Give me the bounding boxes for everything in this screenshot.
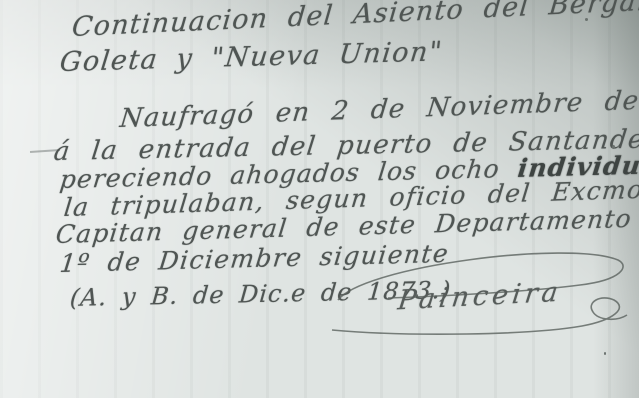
manuscript-line-1: Continuacion del Asiento del Bergantin — [71, 0, 639, 43]
manuscript-page: Continuacion del Asiento del Bergantin G… — [0, 0, 639, 398]
manuscript-line-2: Goleta y "Nueva Union" — [58, 36, 444, 78]
ink-speck — [604, 352, 606, 355]
ink-speck — [585, 18, 588, 21]
ink-speck — [612, 145, 615, 149]
